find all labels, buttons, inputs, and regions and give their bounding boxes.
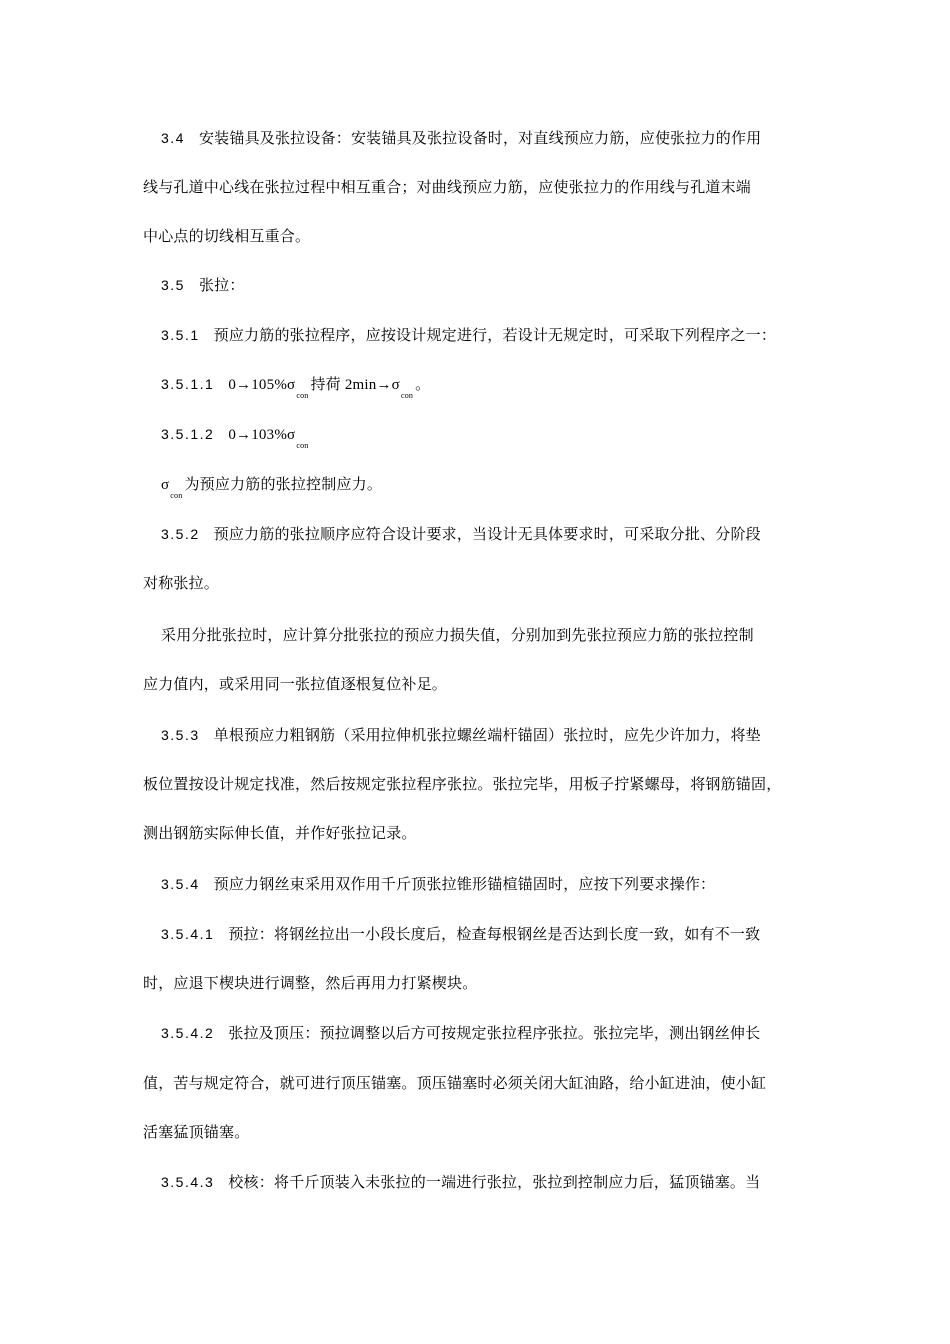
section-text: 预拉：将钢丝拉出一小段长度后，检查每根钢丝是否达到长度一致，如有不一致 (228, 925, 760, 943)
formula-subscript: con (170, 491, 182, 500)
section-text: 预应力钢丝束采用双作用千斤顶张拉锥形锚楦锚固时，应按下列要求操作： (214, 875, 716, 893)
batch-note-line-2: 应力值内，或采用同一张拉值逐根复位补足。 (143, 674, 447, 694)
section-3-5-4-2-line-3: 活塞猛顶锚塞。 (143, 1122, 249, 1142)
section-text: 张拉及顶压：预拉调整以后方可按规定张拉程序张拉。张拉完毕，测出钢丝伸长 (228, 1024, 760, 1042)
formula-middle: 持荷 2min→σ (310, 377, 399, 393)
section-text: 预应力筋的张拉顺序应符合设计要求，当设计无具体要求时，可采取分批、分阶段 (214, 525, 761, 543)
section-number: 3.5.4.1 (161, 924, 214, 944)
section-number: 3.5.1.1 (161, 374, 214, 394)
section-3-5-3-line-1: 3.5.3单根预应力粗钢筋（采用拉伸机张拉螺丝端杆锚固）张拉时，应先少许加力，将… (161, 725, 761, 745)
section-number: 3.5.4 (161, 874, 200, 894)
section-3-5-1-2-formula: 3.5.1.20→103%σcon (161, 424, 310, 447)
section-number: 3.5 (161, 275, 185, 295)
section-3-5-4-2-line-2: 值，苦与规定符合，就可进行顶压锚塞。顶压锚塞时必须关闭大缸油路，给小缸进油，使小… (143, 1073, 766, 1093)
section-3-5-heading: 3.5张拉： (161, 275, 245, 295)
section-3-5-1-line-1: 3.5.1预应力筋的张拉程序，应按设计规定进行，若设计无规定时，可采取下列程序之… (161, 325, 776, 345)
section-number: 3.4 (161, 128, 185, 148)
section-number: 3.5.1 (161, 325, 200, 345)
section-3-4-line-3: 中心点的切线相互重合。 (143, 226, 310, 246)
section-3-5-4-3-line-1: 3.5.4.3校核：将千斤顶装入未张拉的一端进行张拉，张拉到控制应力后，猛顶锚塞… (161, 1172, 760, 1192)
section-text: 安装锚具及张拉设备：安装锚具及张拉设备时，对直线预应力筋，应使张拉力的作用 (199, 129, 761, 147)
formula-start: 0→105%σ (228, 377, 295, 393)
section-3-5-3-line-3: 测出钢筋实际伸长值，并作好张拉记录。 (143, 823, 417, 843)
section-number: 3.5.1.2 (161, 424, 214, 444)
section-3-4-line-1: 3.4安装锚具及张拉设备：安装锚具及张拉设备时，对直线预应力筋，应使张拉力的作用 (161, 128, 761, 148)
formula-subscript: con (296, 441, 308, 450)
formula-subscript: con (296, 391, 308, 400)
sigma-symbol: σ (161, 477, 169, 493)
section-3-5-4-1-line-1: 3.5.4.1预拉：将钢丝拉出一小段长度后，检查每根钢丝是否达到长度一致，如有不… (161, 924, 760, 944)
section-3-5-2-line-2: 对称张拉。 (143, 573, 219, 593)
section-text: 单根预应力粗钢筋（采用拉伸机张拉螺丝端杆锚固）张拉时，应先少许加力，将垫 (214, 726, 761, 744)
section-3-5-2-line-1: 3.5.2预应力筋的张拉顺序应符合设计要求，当设计无具体要求时，可采取分批、分阶… (161, 524, 761, 544)
section-3-5-4-line-1: 3.5.4预应力钢丝束采用双作用千斤顶张拉锥形锚楦锚固时，应按下列要求操作： (161, 874, 715, 894)
section-text: 张拉： (199, 276, 245, 294)
section-3-5-4-1-line-2: 时，应退下楔块进行调整，然后再用力打紧楔块。 (143, 973, 477, 993)
batch-note-line-1: 采用分批张拉时，应计算分批张拉的预应力损失值，分别加到先张拉预应力筋的张拉控制 (161, 625, 754, 645)
section-number: 3.5.3 (161, 725, 200, 745)
section-3-5-4-2-line-1: 3.5.4.2张拉及顶压：预拉调整以后方可按规定张拉程序张拉。张拉完毕，测出钢丝… (161, 1023, 760, 1043)
section-3-5-1-1-formula: 3.5.1.10→105%σcon持荷 2min→σcon。 (161, 374, 430, 397)
section-number: 3.5.2 (161, 524, 200, 544)
section-text: 校核：将千斤顶装入未张拉的一端进行张拉，张拉到控制应力后，猛顶锚塞。当 (228, 1173, 760, 1191)
section-number: 3.5.4.2 (161, 1023, 214, 1043)
sigma-definition: σcon为预应力筋的张拉控制应力。 (161, 474, 382, 497)
formula-subscript: con (401, 391, 413, 400)
formula-start: 0→103%σ (228, 427, 295, 443)
section-3-4-line-2: 线与孔道中心线在张拉过程中相互重合；对曲线预应力筋，应使张拉力的作用线与孔道末端 (143, 177, 751, 197)
sigma-definition-text: 为预应力筋的张拉控制应力。 (184, 475, 382, 493)
section-number: 3.5.4.3 (161, 1172, 214, 1192)
formula-end: 。 (415, 375, 430, 393)
section-3-5-3-line-2: 板位置按设计规定找准，然后按规定张拉程序张拉。张拉完毕，用板子拧紧螺母，将钢筋锚… (143, 774, 781, 794)
section-text: 预应力筋的张拉程序，应按设计规定进行，若设计无规定时，可采取下列程序之一： (214, 326, 776, 344)
